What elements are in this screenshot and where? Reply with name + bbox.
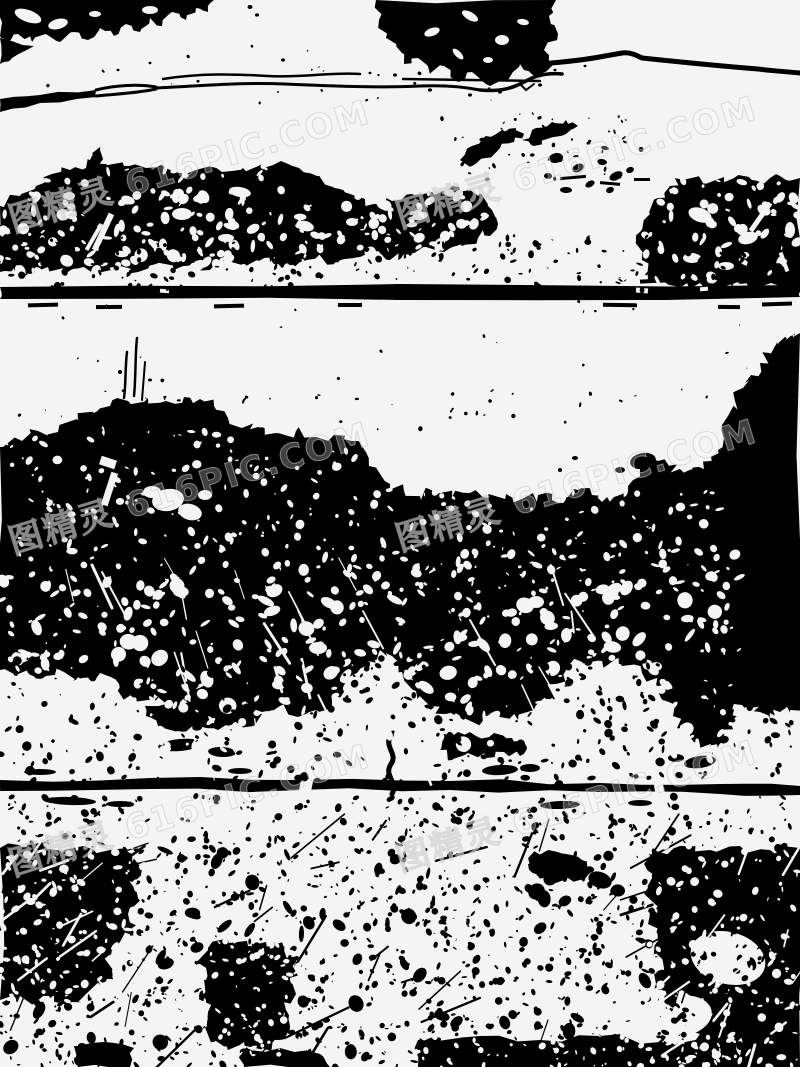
speckle — [14, 723, 25, 734]
speckle — [161, 992, 164, 995]
speckle — [576, 248, 579, 253]
texture-dash — [634, 178, 650, 181]
speckle — [596, 837, 600, 839]
speckle — [490, 389, 494, 393]
rock-tail-top-left — [0, 38, 34, 64]
speckle — [596, 1027, 598, 1030]
speckle — [75, 753, 86, 764]
speckle — [137, 970, 145, 977]
speckle — [504, 942, 507, 948]
speckle — [446, 877, 448, 880]
speckle — [192, 930, 195, 933]
speckle — [771, 732, 781, 739]
speckle — [111, 746, 114, 749]
speckle — [444, 870, 446, 872]
texture-blob — [605, 186, 615, 195]
speckle — [377, 97, 380, 100]
speckle — [350, 929, 354, 934]
speckle — [588, 675, 592, 682]
speckle — [392, 667, 398, 679]
speckle — [138, 1010, 145, 1017]
speckle — [577, 275, 582, 282]
speckle — [532, 920, 549, 936]
speckle — [101, 69, 105, 73]
speckle — [462, 961, 465, 964]
speckle — [207, 758, 210, 765]
speckle — [573, 669, 576, 672]
speckle — [175, 999, 177, 1001]
speckle — [95, 751, 105, 762]
speckle — [286, 738, 294, 745]
speckle — [665, 1037, 669, 1041]
speckle — [458, 982, 463, 987]
speckle — [471, 953, 482, 965]
speckle — [518, 273, 522, 275]
speckle — [467, 755, 469, 757]
speckle — [601, 961, 605, 966]
speckle — [482, 918, 492, 929]
speckle — [266, 842, 272, 849]
speckle — [135, 751, 137, 754]
speckle — [305, 968, 307, 970]
speckle — [17, 413, 22, 418]
speckle — [40, 1062, 45, 1067]
speckle — [57, 716, 69, 726]
speckle — [629, 840, 635, 846]
speckle — [789, 720, 794, 726]
speckle — [762, 717, 770, 725]
speckle — [494, 964, 499, 969]
speckle — [528, 268, 531, 273]
speckle — [337, 1046, 340, 1049]
speckle — [404, 1020, 410, 1027]
speckle — [245, 822, 251, 831]
speckle — [277, 276, 285, 283]
speckle — [642, 846, 643, 848]
speckle — [359, 673, 363, 678]
speckle — [564, 947, 566, 949]
speckle — [114, 1022, 119, 1027]
speckle — [595, 689, 603, 696]
speckle — [285, 914, 289, 918]
speckle — [245, 836, 252, 841]
speckle — [581, 740, 594, 751]
speckle — [409, 989, 417, 997]
speckle — [117, 1006, 122, 1013]
speckle — [42, 1048, 48, 1053]
speckle — [616, 974, 619, 979]
speckle — [544, 962, 555, 973]
speckle — [145, 875, 153, 885]
speckle — [175, 928, 179, 931]
speckle — [273, 263, 278, 270]
speckle — [439, 253, 444, 261]
speckle — [451, 1013, 456, 1016]
speckle — [413, 270, 414, 272]
speckle — [769, 771, 775, 778]
texture-dash — [700, 287, 708, 292]
speckle — [330, 886, 333, 889]
speckle — [550, 921, 556, 929]
speckle — [200, 1038, 206, 1044]
speckle — [647, 845, 653, 850]
speckle — [40, 700, 48, 708]
speckle — [55, 1049, 58, 1057]
speckle — [127, 952, 130, 954]
speckle — [514, 1036, 517, 1040]
speckle — [433, 763, 441, 767]
speckle — [300, 1016, 303, 1019]
speckle — [307, 883, 311, 886]
speckle — [167, 921, 175, 925]
speckle — [604, 974, 606, 976]
speckle — [20, 828, 28, 836]
speckle — [419, 798, 421, 799]
speckle — [173, 862, 181, 870]
speckle — [508, 936, 513, 938]
speckle — [633, 832, 641, 838]
speckle — [114, 703, 117, 707]
speckle — [473, 1030, 479, 1036]
texture-blob — [142, 6, 158, 14]
speckle — [47, 1018, 58, 1028]
speckle — [632, 308, 635, 311]
speckle — [400, 949, 405, 954]
speckle — [517, 761, 521, 765]
grass-stem — [142, 362, 145, 400]
speckle — [142, 1036, 145, 1038]
speckle — [618, 278, 623, 283]
speckle — [179, 1037, 182, 1040]
speckle — [464, 167, 470, 173]
speckle — [581, 363, 585, 367]
texture-dash — [600, 181, 620, 186]
speckle — [312, 710, 318, 719]
speckle — [466, 941, 477, 952]
speckle — [384, 962, 394, 970]
speckle — [276, 910, 278, 911]
speckle — [370, 980, 379, 990]
speckle — [25, 815, 29, 819]
speckle — [559, 977, 566, 987]
speckle — [415, 1034, 421, 1038]
speckle — [475, 167, 483, 170]
speckle — [619, 399, 624, 403]
speckle — [181, 1010, 183, 1011]
texture-blob — [44, 796, 96, 806]
speckle — [209, 1062, 214, 1066]
speckle — [197, 1042, 199, 1044]
speckle — [498, 241, 501, 247]
speckle — [396, 948, 399, 951]
texture-dash — [640, 278, 666, 283]
speckle — [213, 1043, 219, 1049]
speckle — [101, 692, 107, 699]
speckle — [513, 117, 517, 121]
speckle — [39, 743, 43, 749]
speckle — [452, 946, 457, 950]
speckle — [320, 89, 323, 93]
speckle — [163, 997, 167, 999]
speckle — [746, 367, 747, 369]
speckle — [571, 138, 573, 141]
speckle — [149, 272, 158, 279]
speckle — [168, 909, 177, 918]
speckle — [146, 894, 151, 900]
speckle — [303, 805, 307, 808]
speckle — [205, 885, 209, 889]
speckle — [298, 1010, 302, 1014]
speckle — [760, 829, 764, 834]
speckle — [645, 924, 649, 929]
speckle — [617, 744, 622, 748]
speckle — [705, 395, 708, 399]
speckle — [57, 1042, 64, 1049]
speckle — [133, 976, 136, 979]
speckle — [649, 963, 655, 969]
speckle — [395, 1063, 398, 1067]
speckle — [225, 268, 228, 271]
speckle — [631, 935, 633, 937]
speckle — [739, 828, 742, 829]
ledge-line-left-thick — [0, 90, 96, 112]
speckle — [610, 920, 617, 924]
speckle — [415, 811, 419, 815]
speckle — [54, 808, 55, 810]
speckle — [461, 976, 467, 978]
speckle — [369, 1037, 374, 1045]
speckle — [534, 750, 539, 755]
speckle — [443, 716, 457, 729]
speckle — [417, 71, 422, 76]
speckle — [163, 276, 170, 283]
speckle — [560, 948, 564, 951]
speckle — [67, 1050, 71, 1057]
speckle — [101, 794, 109, 802]
speckle — [563, 420, 566, 424]
speckle — [566, 909, 574, 918]
speckle — [81, 690, 84, 693]
speckle — [513, 885, 521, 892]
speckle — [619, 277, 621, 279]
speckle — [531, 112, 534, 116]
speckle — [156, 852, 162, 858]
speckle — [595, 926, 603, 935]
speckle — [178, 989, 182, 994]
speckle — [346, 866, 349, 869]
speckle — [231, 846, 242, 857]
speckle — [503, 275, 512, 284]
texture-dash — [762, 302, 792, 307]
speckle — [413, 982, 415, 984]
speckle — [262, 264, 274, 277]
speckle — [25, 1046, 29, 1048]
texture-dash — [718, 305, 740, 309]
speckle — [323, 728, 326, 732]
speckle — [443, 947, 449, 952]
speckle — [723, 824, 728, 833]
speckle — [287, 879, 289, 882]
speckle — [128, 763, 134, 770]
speckle — [594, 310, 597, 313]
speckle — [171, 83, 172, 85]
grunge-texture-image: 图精灵 616PIC.COM图精灵 616PIC.COM图精灵 616PIC.C… — [0, 0, 800, 1067]
speckle — [422, 919, 425, 922]
speckle — [320, 847, 328, 856]
speckle — [68, 768, 75, 775]
speckle — [331, 1062, 340, 1067]
speckle — [104, 390, 107, 392]
speckle — [140, 356, 142, 357]
speckle — [784, 818, 787, 821]
speckle — [436, 999, 445, 1007]
speckle — [577, 739, 580, 744]
speckle — [391, 404, 393, 405]
speckle — [724, 809, 730, 815]
speckle — [518, 936, 528, 947]
speckle — [324, 895, 328, 898]
speckle — [435, 732, 440, 737]
speckle — [334, 721, 336, 723]
speckle — [583, 972, 594, 984]
speckle — [150, 1031, 171, 1052]
speckle — [625, 914, 630, 921]
speckle — [642, 873, 651, 878]
speckle — [639, 919, 644, 928]
speckle — [316, 732, 323, 737]
speckle — [140, 875, 147, 881]
speckle — [427, 169, 431, 171]
speckle — [632, 751, 637, 762]
speckle — [646, 1031, 650, 1033]
speckle — [72, 1060, 75, 1064]
speck — [538, 83, 542, 86]
speckle — [361, 869, 364, 871]
speckle — [621, 970, 626, 975]
speckle — [372, 919, 379, 927]
speckle — [97, 727, 101, 729]
speckle — [586, 934, 589, 937]
speckle — [367, 711, 370, 715]
speckle — [345, 1044, 358, 1060]
speckle — [306, 799, 311, 804]
speckle — [658, 959, 660, 960]
speckle — [274, 812, 283, 821]
speckle — [299, 921, 301, 924]
speckle — [265, 919, 269, 922]
speckle — [578, 952, 585, 959]
speckle — [257, 873, 259, 875]
speckle — [459, 884, 466, 891]
speckle — [178, 945, 181, 947]
speckle — [412, 889, 416, 894]
speckle — [85, 1002, 96, 1013]
speckle — [641, 951, 651, 958]
speckle — [317, 394, 321, 396]
texture-blob — [483, 57, 493, 63]
speckle — [336, 377, 340, 381]
speckle — [366, 850, 372, 855]
speckle — [668, 818, 670, 821]
speckle — [291, 841, 301, 850]
speckle — [169, 1056, 175, 1061]
speckle — [759, 796, 761, 799]
speckle — [551, 1035, 552, 1037]
speckle — [398, 271, 401, 276]
speckle — [63, 1060, 67, 1065]
speckle — [243, 873, 261, 892]
speckle — [641, 878, 649, 886]
speckle — [407, 720, 417, 729]
speckle — [506, 234, 510, 241]
speckle — [625, 982, 628, 985]
speckle — [464, 411, 468, 415]
speckle — [496, 875, 501, 880]
speckle — [551, 762, 553, 765]
speckle — [425, 981, 432, 985]
speckle — [224, 740, 230, 746]
speckle — [202, 1026, 205, 1029]
speckle — [379, 349, 383, 353]
speckle — [388, 878, 392, 881]
speckle — [574, 981, 580, 987]
speckle — [499, 888, 501, 890]
speckle — [322, 737, 332, 743]
speckle — [514, 976, 519, 980]
speckle — [551, 909, 554, 911]
speckle — [444, 926, 448, 932]
speckle — [68, 683, 77, 694]
speckle — [789, 745, 792, 748]
speckle — [79, 808, 90, 819]
speckle — [564, 996, 571, 1006]
speckle — [463, 769, 471, 777]
speckle — [557, 997, 561, 1000]
speckle — [565, 957, 572, 966]
speckle — [513, 234, 516, 237]
speckle — [301, 969, 302, 971]
speckle — [397, 798, 404, 805]
speckle — [471, 1021, 473, 1022]
speckle — [160, 931, 164, 935]
speckle — [218, 1059, 228, 1067]
speckle — [153, 986, 157, 990]
speckle — [183, 1051, 189, 1054]
speckle — [378, 1022, 385, 1029]
speckle — [377, 654, 385, 662]
speckle — [177, 399, 181, 401]
speckle — [153, 948, 158, 952]
speckle — [274, 836, 277, 845]
speckle — [455, 939, 457, 941]
speckle — [307, 1008, 310, 1011]
speckle — [564, 935, 569, 940]
speckle — [32, 1039, 36, 1045]
speckle — [608, 698, 610, 701]
speckle — [488, 399, 493, 404]
speckle — [280, 860, 282, 865]
speckle — [472, 810, 475, 814]
speckle — [508, 759, 512, 762]
speckle — [367, 258, 372, 264]
speckle — [355, 398, 359, 401]
speckle — [334, 803, 343, 813]
speckle — [595, 989, 601, 994]
speckle — [352, 257, 360, 263]
speckle — [378, 1059, 386, 1065]
speckle — [129, 943, 139, 954]
speckle — [559, 953, 561, 956]
